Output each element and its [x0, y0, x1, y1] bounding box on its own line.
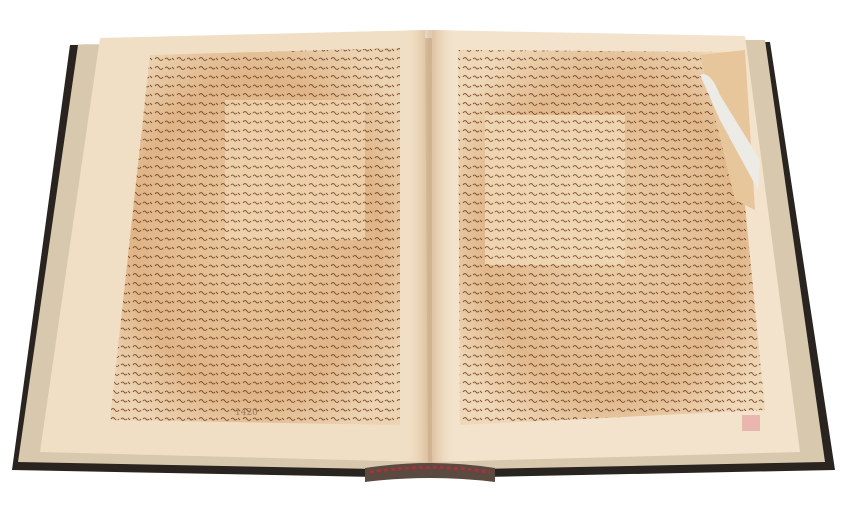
headband — [365, 463, 495, 482]
manuscript-photo: 1420 — [0, 0, 851, 512]
right-page — [432, 30, 800, 462]
gutter — [405, 30, 455, 470]
left-page: 1420 — [40, 30, 428, 462]
library-stamp — [742, 415, 760, 431]
foliation-mark: 1420 — [235, 408, 258, 418]
